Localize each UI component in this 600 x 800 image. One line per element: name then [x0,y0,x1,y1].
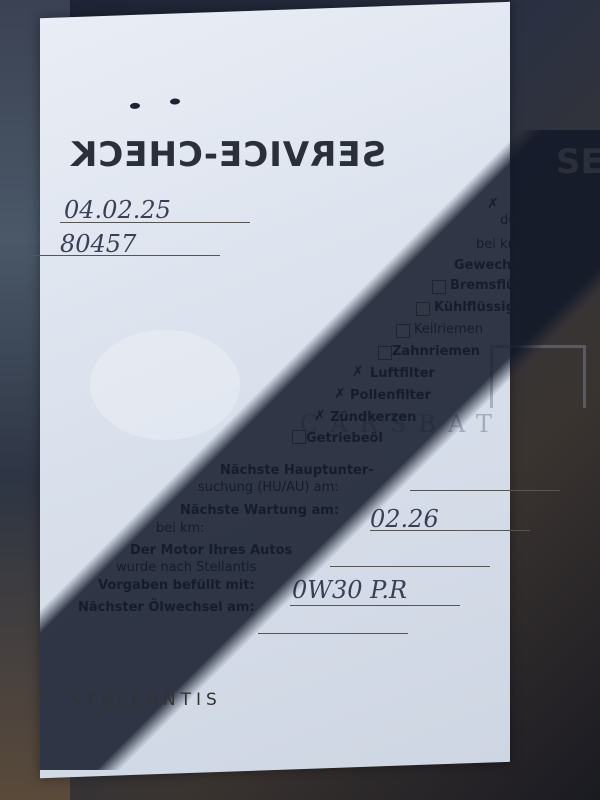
punch-hole [130,103,140,109]
check-mark-icon: ✗ [314,408,326,424]
handwritten-next-service: 02.26 [370,505,439,533]
punch-hole [170,98,180,104]
field-line [258,633,408,634]
engine-text-1: Der Motor Ihres Autos [130,543,292,558]
checkbox[interactable] [378,346,392,360]
engine-text-3: Vorgaben befüllt mit: [98,578,255,593]
handwritten-mileage: 80457 [60,230,136,258]
next-service-label: Nächste Wartung am: [180,503,339,518]
watermark-house-icon [490,345,586,408]
next-hu-label: Nächste Hauptunter- [220,463,374,478]
mirrored-title: SERVICE-CHECK [70,135,386,175]
check-mark-icon: ✗ [352,364,364,380]
item-timing-belt: Zahnriemen [392,344,480,359]
replaced-heading: Gewechselt wurde: [454,258,594,273]
item-coolant: Kühlflüssigkeit (bis - [434,300,585,315]
brand-logo: STELLANTIS [70,690,222,710]
handwritten-oil-spec: 0W30 P.R [292,576,407,604]
check-mark-icon: ✗ [487,196,499,212]
field-line [290,605,460,606]
item-pollen-filter: Pollenfilter [350,388,431,403]
maintenance-label: Wartung [520,197,575,212]
item-spark-plugs: Zündkerzen [330,410,416,425]
watermark-logo-shape [90,330,240,440]
item-air-filter: Luftfilter [370,366,435,381]
next-hu-label-2: suchung (HU/AU) am: [198,480,339,495]
item-brake-fluid: Bremsflüssigkeit [450,278,572,293]
check-mark-icon: ✗ [334,386,346,402]
maintenance-label-2: durchgeführt am: [500,213,600,228]
engine-text-2: wurde nach Stellantis [116,560,256,575]
checkbox[interactable] [292,430,306,444]
item-v-belt: Keilriemen [414,322,483,337]
checkbox[interactable] [432,280,446,294]
card-title: SERVICE-CHECK [556,142,600,182]
field-line [410,490,560,491]
checkbox[interactable] [396,324,410,338]
checkbox[interactable] [416,302,430,316]
next-oil-label: Nächster Ölwechsel am: [78,600,255,615]
item-gear-oil: Getriebeöl [306,431,383,446]
mileage-label: bei km: [476,237,525,252]
field-line [330,566,490,567]
handwritten-service-date: 04.02.25 [64,196,171,224]
next-mileage-label: bei km: [156,521,205,536]
